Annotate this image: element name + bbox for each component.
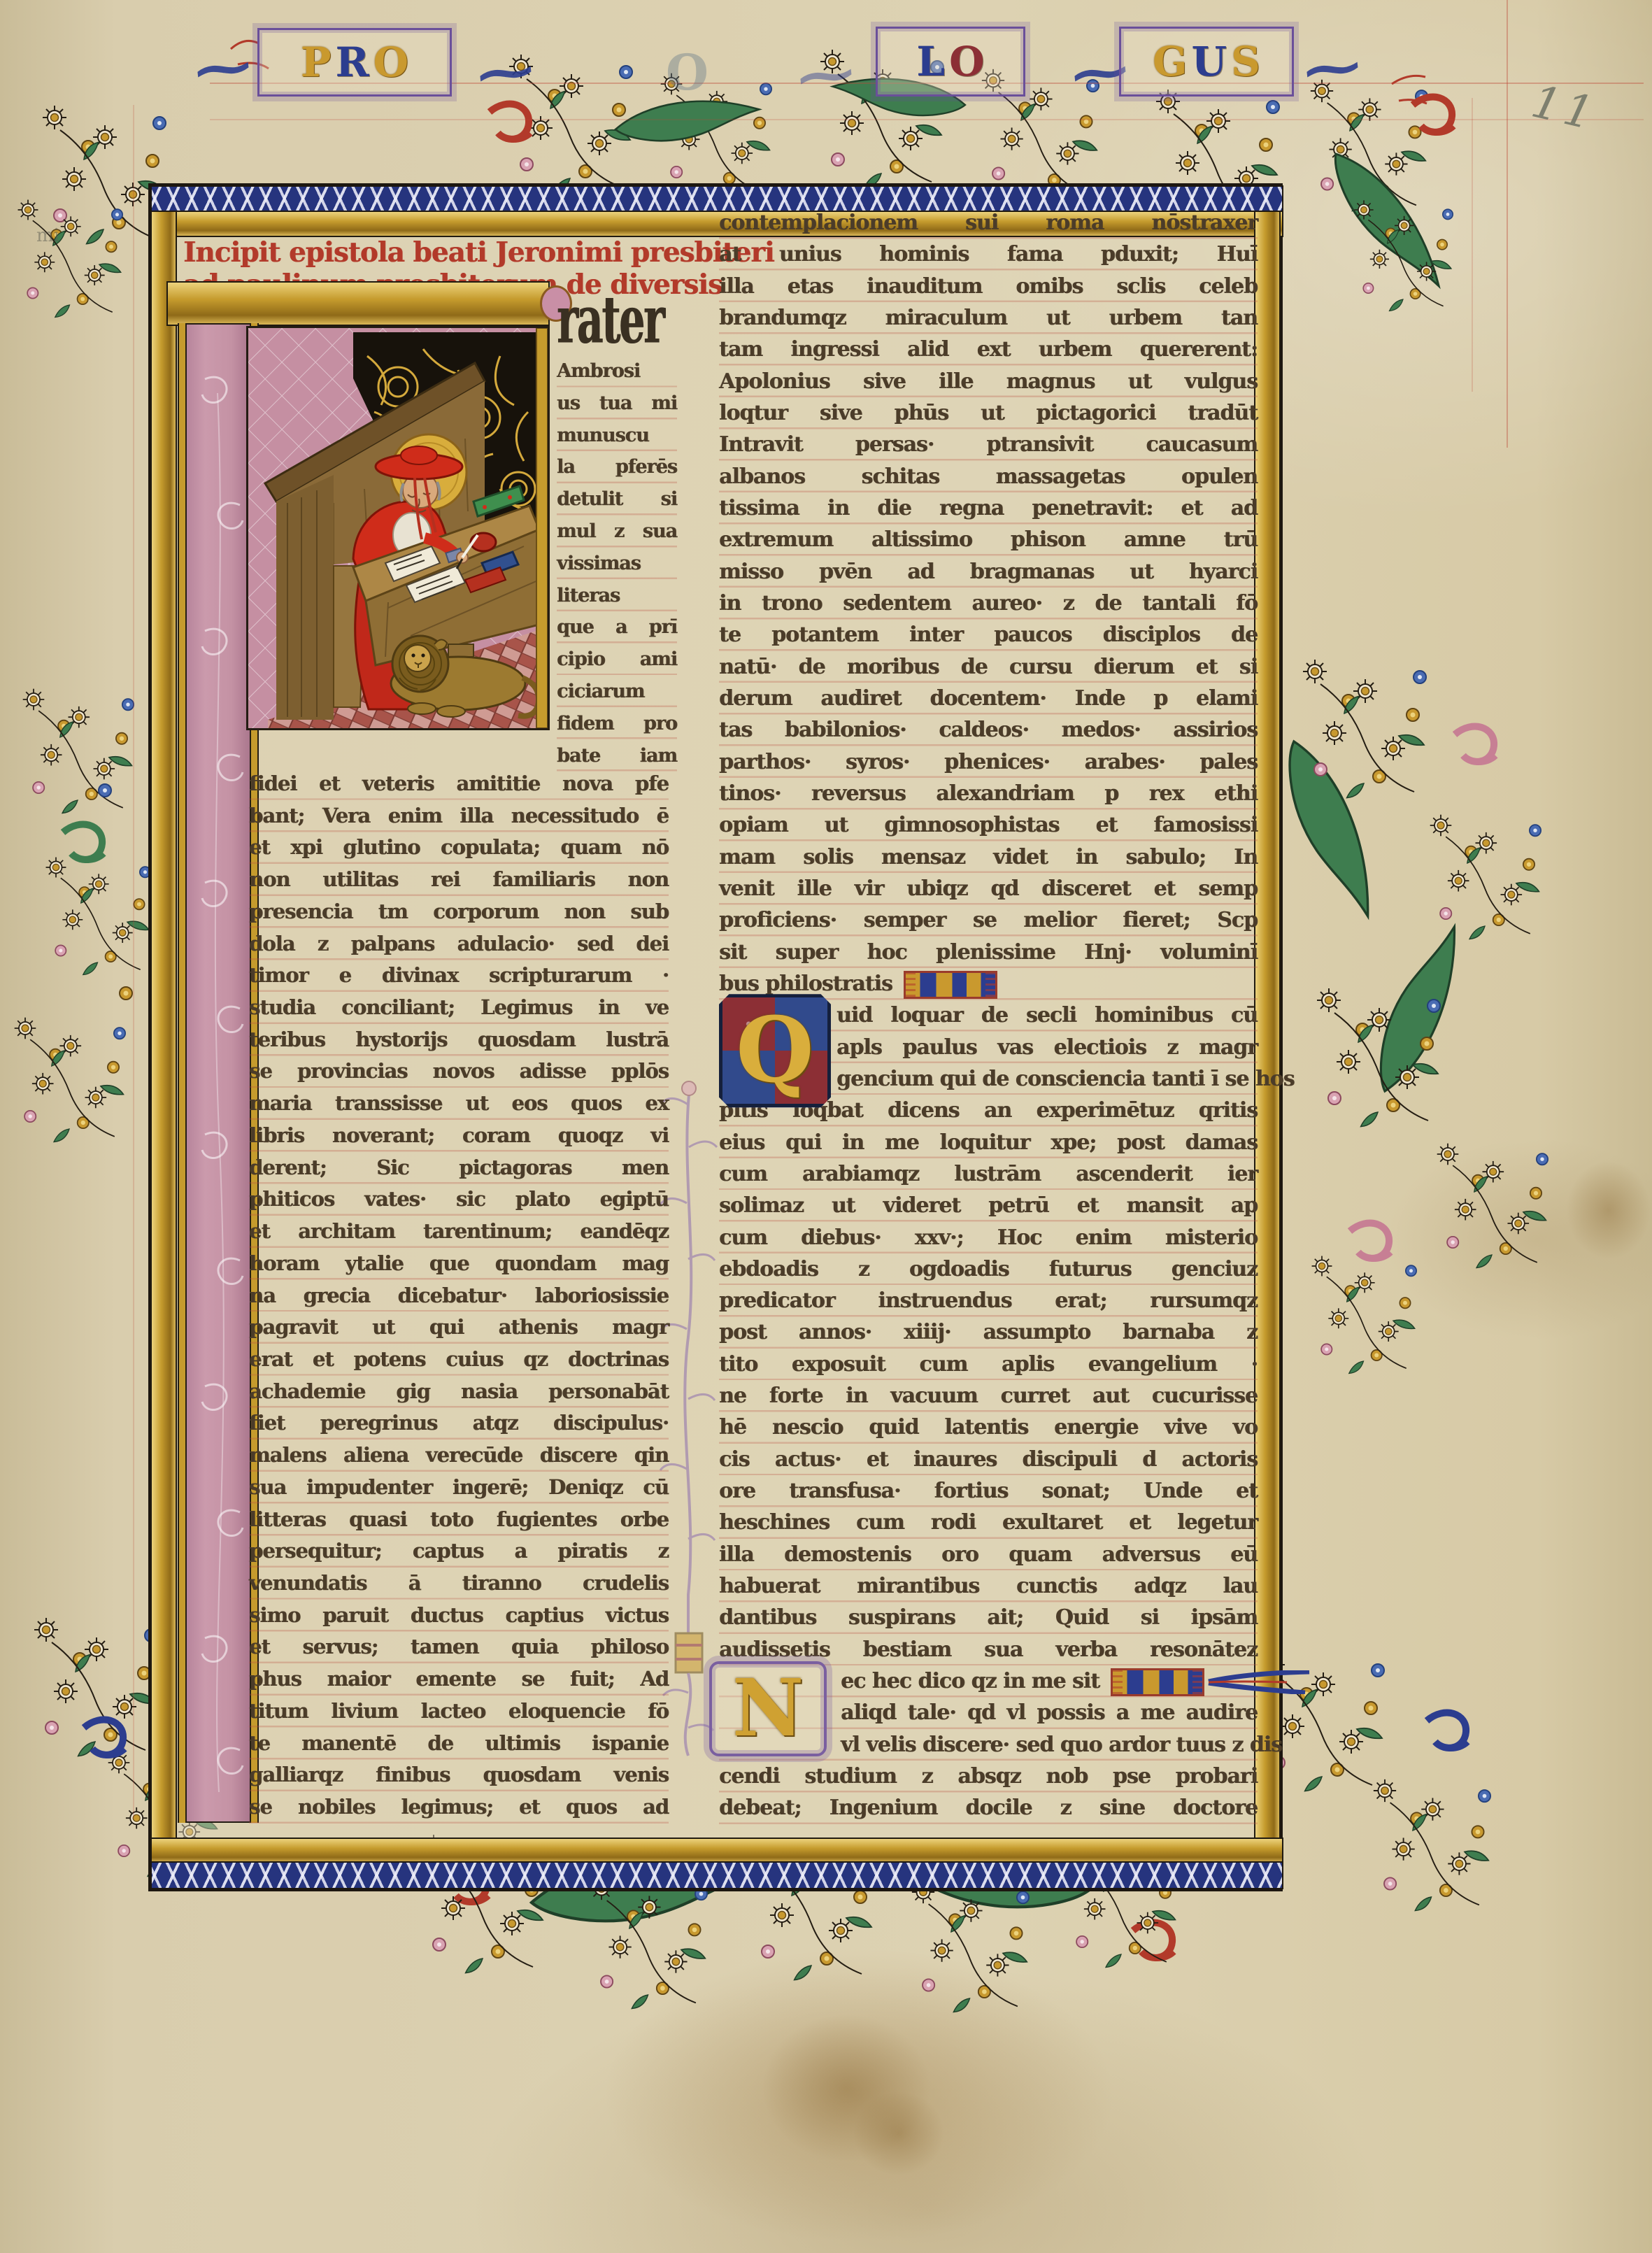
ruling-line [1507, 0, 1508, 448]
text-line: cum diebus· xxv·; Hoc enim misterio [719, 1222, 1258, 1253]
header-flourish: ~ [468, 37, 543, 108]
header-flourish: ~ [788, 40, 863, 111]
text-line: na grecia dicebatur· laboriosissie [249, 1280, 669, 1312]
initial-N-anchor: N [719, 1665, 829, 1729]
text-line: et servus; tamen quia philoso [249, 1631, 669, 1663]
header-flourish: ~ [185, 33, 260, 104]
right-column-part-b: gencium qui de consciencia tanti ī se ho… [719, 1063, 1258, 1665]
text-line: cum arabiamqz lustrām ascenderit ier [719, 1158, 1258, 1190]
text-line: albanos schitas massagetas opulen [719, 461, 1258, 492]
header-letter: U [1192, 41, 1227, 82]
text-line: detulit si [557, 483, 677, 516]
text-line: predicator instruendus erat; rursumqz [719, 1285, 1258, 1316]
ruling-line [133, 105, 134, 1819]
text-line: dola z palpans adulacio· sed dei [249, 928, 669, 960]
text-line: derum audiret docentem· Inde p elami [719, 683, 1258, 714]
text-line: sit super hoc plenissime Hnj· voluminī [719, 937, 1258, 968]
text-line: bate iam [557, 740, 677, 772]
text-line: ciciarum [557, 676, 677, 708]
line-filler-bar [904, 971, 997, 999]
miniature-gold-right-strip [536, 328, 548, 728]
frame-chevron-band-bottom [150, 1861, 1283, 1889]
text-line: te manentē de ultimis ispanie [249, 1728, 669, 1760]
running-header-segment-lo: LO [876, 27, 1025, 97]
ruling-line [210, 119, 1644, 120]
initial-F-top-arm [166, 281, 550, 326]
q-paragraph: Q uid loquar de secli hominibus cūapls p… [719, 1000, 1258, 1063]
text-line: habuerat mirantibus cunctis adqz lau [719, 1570, 1258, 1602]
header-letter: P [301, 42, 332, 83]
text-line: post annos· xiiij· assumpto barnaba z [719, 1316, 1258, 1348]
text-line: venundatis ā tiranno crudelis [249, 1568, 669, 1600]
initial-N: N [709, 1661, 827, 1756]
display-word-frater: rater [557, 281, 677, 358]
text-line: parthos· syros· phenices· arabes· pales [719, 746, 1258, 778]
text-line: hē nescio quid latentis energie vive vo [719, 1412, 1258, 1443]
cardinal-hat-crown [401, 446, 437, 464]
text-line: loqtur sive phūs ut pictagorici tradūt [719, 397, 1258, 429]
header-ghost-letter: O [666, 43, 708, 101]
side-lines: Ambrosius tua mimunuscula pferēsdetulit … [557, 355, 677, 772]
line-filler-bar [1111, 1668, 1204, 1696]
text-line: eius qui in me loquitur xpe; post damas [719, 1127, 1258, 1158]
text-line: tinos· reversus alexandriam p rex ethi [719, 778, 1258, 809]
text-line: ebdoadis z ogdoadis futurus genciuz [719, 1253, 1258, 1285]
header-letter: O [373, 42, 409, 83]
text-line: us tua mi [557, 388, 677, 420]
text-line: ore transfusa· fortius sonat; Unde et [719, 1475, 1258, 1507]
folio-number: 11 [1527, 76, 1602, 141]
text-line: illa etas inauditum omibs sclis celeb [719, 271, 1258, 302]
text-line: fidei et veteris amititie nova pfe [249, 768, 669, 800]
text-line: derent; Sic pictagoras men [249, 1152, 669, 1184]
text-line: horam ytalie que quondam mag [249, 1248, 669, 1280]
text-line: simo paruit ductus captius victus [249, 1600, 669, 1632]
text-line: maria transsisse ut eos quos ex [249, 1088, 669, 1120]
left-column-text: fidei et veteris amititie nova pfebant; … [249, 768, 669, 1824]
text-line: cis actus· et inaures discipuli d actori… [719, 1444, 1258, 1475]
text-line: at unius hominis fama pduxit; Huī [719, 239, 1258, 270]
text-line: debeat; Ingenium docile z sine doctore [719, 1792, 1258, 1824]
miniature-st-jerome [246, 326, 550, 730]
text-line: in trono sedentem aureo· z de tantali fō [719, 588, 1258, 619]
text-line: natū· de moribus de cursu dierum et si [719, 651, 1258, 683]
text-line: et xpi glutino copulata; quam nō [249, 832, 669, 864]
text-line: opiam ut gimnosophistas et famosissi [719, 809, 1258, 841]
running-header-segment-gus: GUS [1119, 27, 1294, 97]
text-line: cipio ami [557, 644, 677, 676]
marginal-note: mi [36, 225, 59, 246]
text-line: sua impudenter ingerē; Deniqz cū [249, 1472, 669, 1504]
text-line: Apolonius sive ille magnus ut vulgus [719, 366, 1258, 397]
header-letter: L [916, 41, 945, 82]
left-wall [276, 475, 334, 720]
text-line: erat et potens cuius qz doctrinas [249, 1344, 669, 1376]
initial-Q: Q [719, 994, 831, 1107]
text-line: la pferēs [557, 451, 677, 483]
text-line: tito exposuit cum aplis evangelium · [719, 1349, 1258, 1380]
text-line: pagravit ut qui athenis magr [249, 1312, 669, 1344]
text-line: libris noverant; coram quoqz vi [249, 1120, 669, 1152]
text-line: proficiens· semper se melior fieret; Scp [719, 904, 1258, 936]
frame-gold-band-right [1254, 211, 1281, 1860]
text-line: vissimas [557, 548, 677, 580]
text-line: que a prī [557, 611, 677, 644]
text-line: titum livium lacteo eloquencie fō [249, 1696, 669, 1728]
parchment-stain [1567, 1161, 1651, 1259]
filler-tail-flourish [1207, 1670, 1312, 1694]
text-line: fiet peregrinus atqz discipulus· [249, 1407, 669, 1440]
frame-gold-band-bottom [150, 1838, 1283, 1864]
text-line: presencia tm corporum non sub [249, 896, 669, 928]
header-letter: O [949, 41, 985, 82]
initial-F-filigree [185, 323, 251, 1823]
text-line: brandumqz miraculum ut urbem tan [719, 302, 1258, 334]
text-line: litteras quasi toto fugientes orbe [249, 1504, 669, 1536]
text-line: solimaz ut videret petrū et mansit ap [719, 1190, 1258, 1221]
header-letter: S [1231, 41, 1260, 82]
manuscript-page: ~ PRO ~ O ~ LO ~ GUS ~ 11 mi Incipit epi… [0, 0, 1652, 2253]
parchment-stain [853, 2091, 944, 2175]
header-letter: G [1153, 41, 1188, 82]
text-line: misso pvēn ad bragmanas ut hyarci [719, 556, 1258, 588]
text-line: illa demostenis oro quam adversus eū [719, 1539, 1258, 1570]
header-letter: R [335, 42, 369, 83]
text-line: phiticos vates· sic plato egiptū [249, 1184, 669, 1216]
text-line: galliarqz finibus quosdam venis [249, 1759, 669, 1791]
text-line: fidem pro [557, 708, 677, 740]
text-line: tam ingressi alid ext urbem quererent: [719, 334, 1258, 365]
text-line: cendi studium z absqz nob pse probari [719, 1761, 1258, 1792]
text-line: mul z sua [557, 516, 677, 548]
text-line: studia conciliant; Legimus in ve [249, 992, 669, 1024]
text-line: munuscu [557, 420, 677, 452]
text-line: extremum altissimo phison amne trū [719, 524, 1258, 555]
text-line: persequitur; captus a piratis z [249, 1535, 669, 1568]
text-line: Ambrosi [557, 355, 677, 388]
text-line: se provincias novos adisse pplōs [249, 1056, 669, 1088]
left-column-side-text: rater Ambrosius tua mimunuscula pferēsde… [557, 281, 677, 772]
rubric-line: Incipit epistola beati Jeronimi presbite… [183, 236, 698, 269]
text-line: non utilitas rei familiaris non [249, 864, 669, 896]
text-line: venit ille vir ubiqz qd disceret et semp [719, 873, 1258, 904]
text-line: achademie gig nasia personabāt [249, 1376, 669, 1408]
running-header-segment-pro: PRO [257, 28, 452, 97]
pen-box [448, 644, 473, 657]
text-line: malens aliena verecūde discere qin [249, 1440, 669, 1472]
right-column-text: contemplacionem sui roma nōstraxerat uni… [719, 207, 1258, 1824]
n-paragraph: N ec hec dico qz in me sit aliqd tale· q… [719, 1665, 1258, 1729]
text-line: se nobiles legimus; et quos ad [249, 1791, 669, 1824]
text-line: heschines cum rodi exultaret et legetur [719, 1507, 1258, 1538]
text-line: dantibus suspirans ait; Quid si ipsām [719, 1602, 1258, 1633]
text-line: literas [557, 580, 677, 612]
text-line: teribus hystorijs quosdam lustrā [249, 1024, 669, 1056]
right-column-part-a: contemplacionem sui roma nōstraxerat uni… [719, 207, 1258, 968]
text-line: timor e divinax scripturarum · [249, 960, 669, 992]
text-line: te potantem inter paucos disciplos de [719, 619, 1258, 651]
text-line: tas babilonios· caldeos· medos· assirios [719, 714, 1258, 746]
header-flourish: ~ [1295, 33, 1369, 104]
text-line: phus maior emente se fuit; Ad [249, 1663, 669, 1696]
text-line: mam solis mensaz videt in sabulo; In [719, 841, 1258, 873]
lion-paws [437, 706, 465, 717]
text-line: tissima in die regna penetravit: et ad [719, 492, 1258, 524]
text-line: Intravit persas· ptransivit caucasum [719, 429, 1258, 460]
ruling-line [1472, 98, 1473, 392]
text-line: bant; Vera enim illa necessitudo ē [249, 800, 669, 832]
text-line: ne forte in vacuum curret aut cucurisse [719, 1380, 1258, 1412]
text-line: contemplacionem sui roma nōstraxer [719, 207, 1258, 239]
text-line: et architam tarentinum; eandēqz [249, 1216, 669, 1248]
initial-Q-anchor: Q [719, 1000, 824, 1063]
frame-gold-band-left [150, 211, 177, 1860]
